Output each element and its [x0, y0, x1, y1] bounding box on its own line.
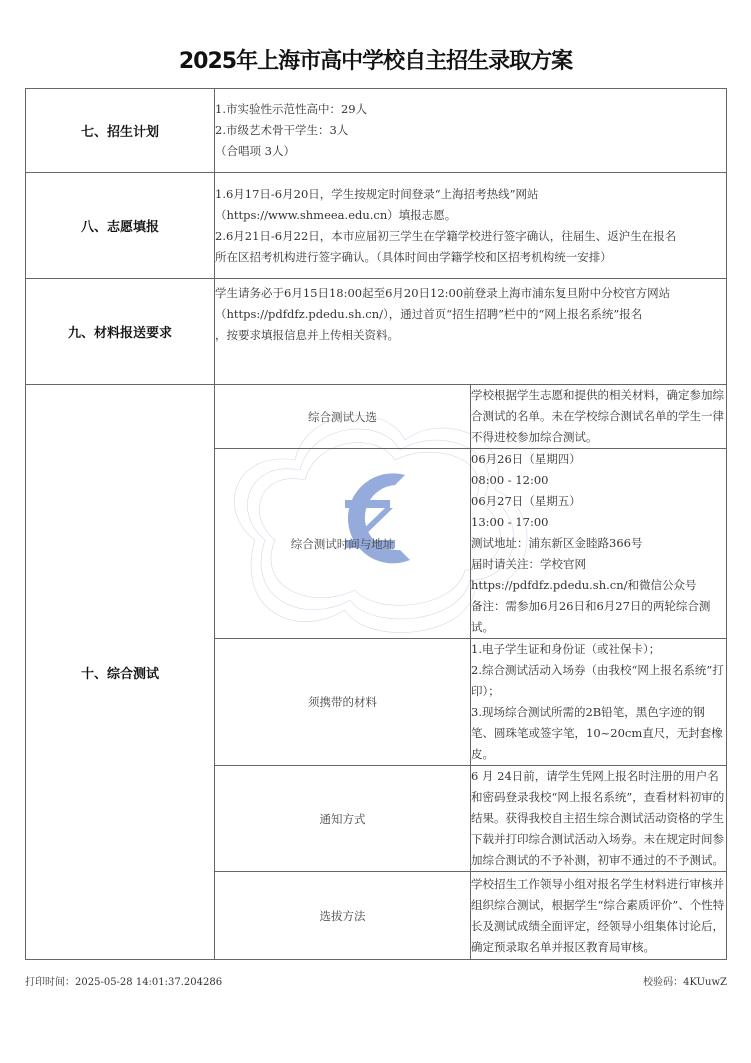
- content-line: 学校根据学生志愿和提供的相关材料，确定参加综合测试的名单。未在学校综合测试名单的…: [471, 385, 726, 448]
- section-content: 1.6月17日-6月20日，学生按规定时间登录“上海招考热线”网站 （https…: [215, 173, 727, 279]
- sub-label: 综合测试人选: [215, 385, 471, 449]
- section-row-9: 九、材料报送要求 学生请务必于6月15日18:00起至6月20日12:00前登录…: [26, 279, 727, 385]
- sub-label: 综合测试时间与地址: [215, 449, 471, 639]
- content-line: 2.市级艺术骨干学生：3人: [215, 120, 726, 141]
- print-time: 打印时间：2025-05-28 14:01:37.204286: [25, 973, 222, 988]
- section-label: 十、综合测试: [26, 385, 215, 960]
- sub-content: 学校根据学生志愿和提供的相关材料，确定参加综合测试的名单。未在学校综合测试名单的…: [471, 385, 727, 449]
- content-line: 08:00 - 12:00: [471, 470, 726, 491]
- content-line: （https://pdfdfz.pdedu.sh.cn/），通过首页“招生招聘”…: [215, 304, 726, 325]
- section-content: 1.市实验性示范性高中：29人 2.市级艺术骨干学生：3人 （合唱项 3人）: [215, 89, 727, 173]
- content-line: （https://www.shmeea.edu.cn）填报志愿。: [215, 205, 726, 226]
- content-line: 测试地址：浦东新区金睦路366号: [471, 533, 726, 554]
- sub-content: 06月26日（星期四） 08:00 - 12:00 06月27日（星期五） 13…: [471, 449, 727, 639]
- section-label: 九、材料报送要求: [26, 279, 215, 385]
- section-row-8: 八、志愿填报 1.6月17日-6月20日，学生按规定时间登录“上海招考热线”网站…: [26, 173, 727, 279]
- admission-plan-table: 七、招生计划 1.市实验性示范性高中：29人 2.市级艺术骨干学生：3人 （合唱…: [25, 88, 727, 960]
- sub-label: 选拔方法: [215, 872, 471, 960]
- content-line: 1.6月17日-6月20日，学生按规定时间登录“上海招考热线”网站: [215, 184, 726, 205]
- content-line: 1.市实验性示范性高中：29人: [215, 99, 726, 120]
- check-code: 校验码：4KUuwZ: [643, 973, 727, 988]
- page-title: 2025年上海市高中学校自主招生录取方案: [0, 44, 751, 75]
- content-line: 06月26日（星期四）: [471, 449, 726, 470]
- content-line: 所在区招考机构进行签字确认。（具体时间由学籍学校和区招考机构统一安排）: [215, 247, 726, 268]
- content-line: 1.电子学生证和身份证（或社保卡）；: [471, 639, 726, 660]
- content-line: 学生请务必于6月15日18:00起至6月20日12:00前登录上海市浦东复旦附中…: [215, 283, 726, 304]
- section-label: 八、志愿填报: [26, 173, 215, 279]
- content-line: 3.现场综合测试所需的2B铅笔，黑色字迹的钢笔、圆珠笔或签字笔，10~20cm直…: [471, 702, 726, 765]
- content-line: ，按要求填报信息并上传相关资料。: [215, 325, 726, 346]
- section-label: 七、招生计划: [26, 89, 215, 173]
- content-line: 2.综合测试活动入场券（由我校“网上报名系统”打印）；: [471, 660, 726, 702]
- sub-label: 须携带的材料: [215, 639, 471, 766]
- content-line: 届时请关注：学校官网https://pdfdfz.pdedu.sh.cn/和微信…: [471, 554, 726, 596]
- content-line: （合唱项 3人）: [215, 141, 726, 162]
- content-line: 06月27日（星期五）: [471, 491, 726, 512]
- sub-content: 6 月 24日前，请学生凭网上报名时注册的用户名和密码登录我校“网上报名系统”，…: [471, 766, 727, 872]
- section-10-row-selection: 十、综合测试 综合测试人选 学校根据学生志愿和提供的相关材料，确定参加综合测试的…: [26, 385, 727, 449]
- section-content: 学生请务必于6月15日18:00起至6月20日12:00前登录上海市浦东复旦附中…: [215, 279, 727, 385]
- section-row-7: 七、招生计划 1.市实验性示范性高中：29人 2.市级艺术骨干学生：3人 （合唱…: [26, 89, 727, 173]
- content-line: 备注：需参加6月26日和6月27日的两轮综合测试。: [471, 596, 726, 638]
- sub-label: 通知方式: [215, 766, 471, 872]
- sub-content: 学校招生工作领导小组对报名学生材料进行审核并组织综合测试，根据学生“综合素质评价…: [471, 872, 727, 960]
- content-line: 6 月 24日前，请学生凭网上报名时注册的用户名和密码登录我校“网上报名系统”，…: [471, 766, 726, 871]
- content-line: 2.6月21日-6月22日，本市应届初三学生在学籍学校进行签字确认，往届生、返沪…: [215, 226, 726, 247]
- content-line: 13:00 - 17:00: [471, 512, 726, 533]
- sub-content: 1.电子学生证和身份证（或社保卡）； 2.综合测试活动入场券（由我校“网上报名系…: [471, 639, 727, 766]
- content-line: 学校招生工作领导小组对报名学生材料进行审核并组织综合测试，根据学生“综合素质评价…: [471, 874, 726, 958]
